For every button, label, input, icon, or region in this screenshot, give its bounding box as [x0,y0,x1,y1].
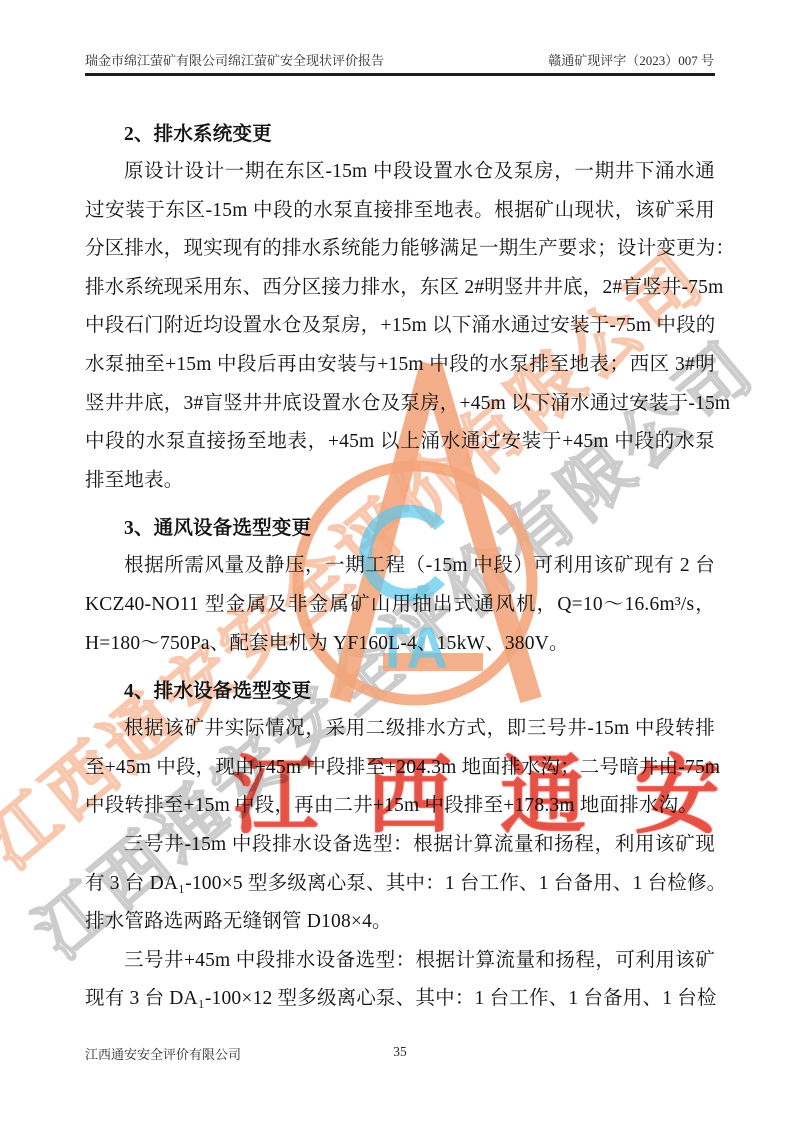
body-line: 根据该矿井实际情况，采用二级排水方式，即三号井-15m 中段转排 [85,710,715,749]
body-line: 中段石门附近均设置水仓及泵房，+15m 以下涌水通过安装于-75m 中段的 [85,307,715,346]
footer-company: 江西通安安全评价有限公司 [85,1044,241,1063]
body-line: 水泵抽至+15m 中段后再由安装与+15m 中段的水泵排至地表；西区 3#明 [85,346,715,385]
body-line: 根据所需风量及静压，一期工程（-15m 中段）可利用该矿现有 2 台 [85,547,715,586]
body-line: 三号井-15m 中段排水设备选型：根据计算流量和扬程，利用该矿现 [85,826,715,865]
body-line: 原设计设计一期在东区-15m 中段设置水仓及泵房，一期井下涌水通 [85,153,715,192]
body-text: 2、排水系统变更原设计设计一期在东区-15m 中段设置水仓及泵房，一期井下涌水通… [85,106,715,1019]
body-line: 排水系统现采用东、西分区接力排水，东区 2#明竖井井底，2#盲竖井-75m [85,269,715,308]
body-heading: 3、通风设备选型变更 [85,500,715,547]
report-page: 江西通安安全评价有限公司 江西通安安全评价有限公司 TA 瑞金市绵江萤矿有限公司… [0,0,800,1131]
header-left-title: 瑞金市绵江萤矿有限公司绵江萤矿安全现状评价报告 [85,50,384,69]
body-line: 排水管路选两路无缝钢管 D108×4。 [85,903,715,942]
body-line: H=180～750Pa、配套电机为 YF160L-4、15kW、380V。 [85,625,715,664]
body-heading: 2、排水系统变更 [85,106,715,153]
body-line: 有 3 台 DA₁-100×5 型多级离心泵、其中：1 台工作、1 台备用、1 … [85,865,715,904]
body-line: 中段转排至+15m 中段，再由二井+15m 中段排至+178.3m 地面排水沟。 [85,787,715,826]
body-line: 现有 3 台 DA₁-100×12 型多级离心泵、其中：1 台工作、1 台备用、… [85,980,715,1019]
header-rule [85,73,715,76]
body-line: 过安装于东区-15m 中段的水泵直接排至地表。根据矿山现状，该矿采用 [85,192,715,231]
body-line: 排至地表。 [85,462,715,501]
body-line: 分区排水，现实现有的排水系统能力能够满足一期生产要求；设计变更为： [85,230,715,269]
body-line: 中段的水泵直接扬至地表，+45m 以上涌水通过安装于+45m 中段的水泵 [85,423,715,462]
body-line: 至+45m 中段，现由+45m 中段排至+204.3m 地面排水沟；二号暗井由-… [85,749,715,788]
body-line: KCZ40-NO11 型金属及非金属矿山用抽出式通风机，Q=10～16.6m³/… [85,586,715,625]
header-right-doc-number: 赣通矿现评字（2023）007 号 [548,50,714,69]
body-line: 三号井+45m 中段排水设备选型：根据计算流量和扬程，可利用该矿 [85,942,715,981]
body-heading: 4、排水设备选型变更 [85,663,715,710]
body-line: 竖井井底，3#盲竖井井底设置水仓及泵房，+45m 以下涌水通过安装于-15m [85,385,715,424]
